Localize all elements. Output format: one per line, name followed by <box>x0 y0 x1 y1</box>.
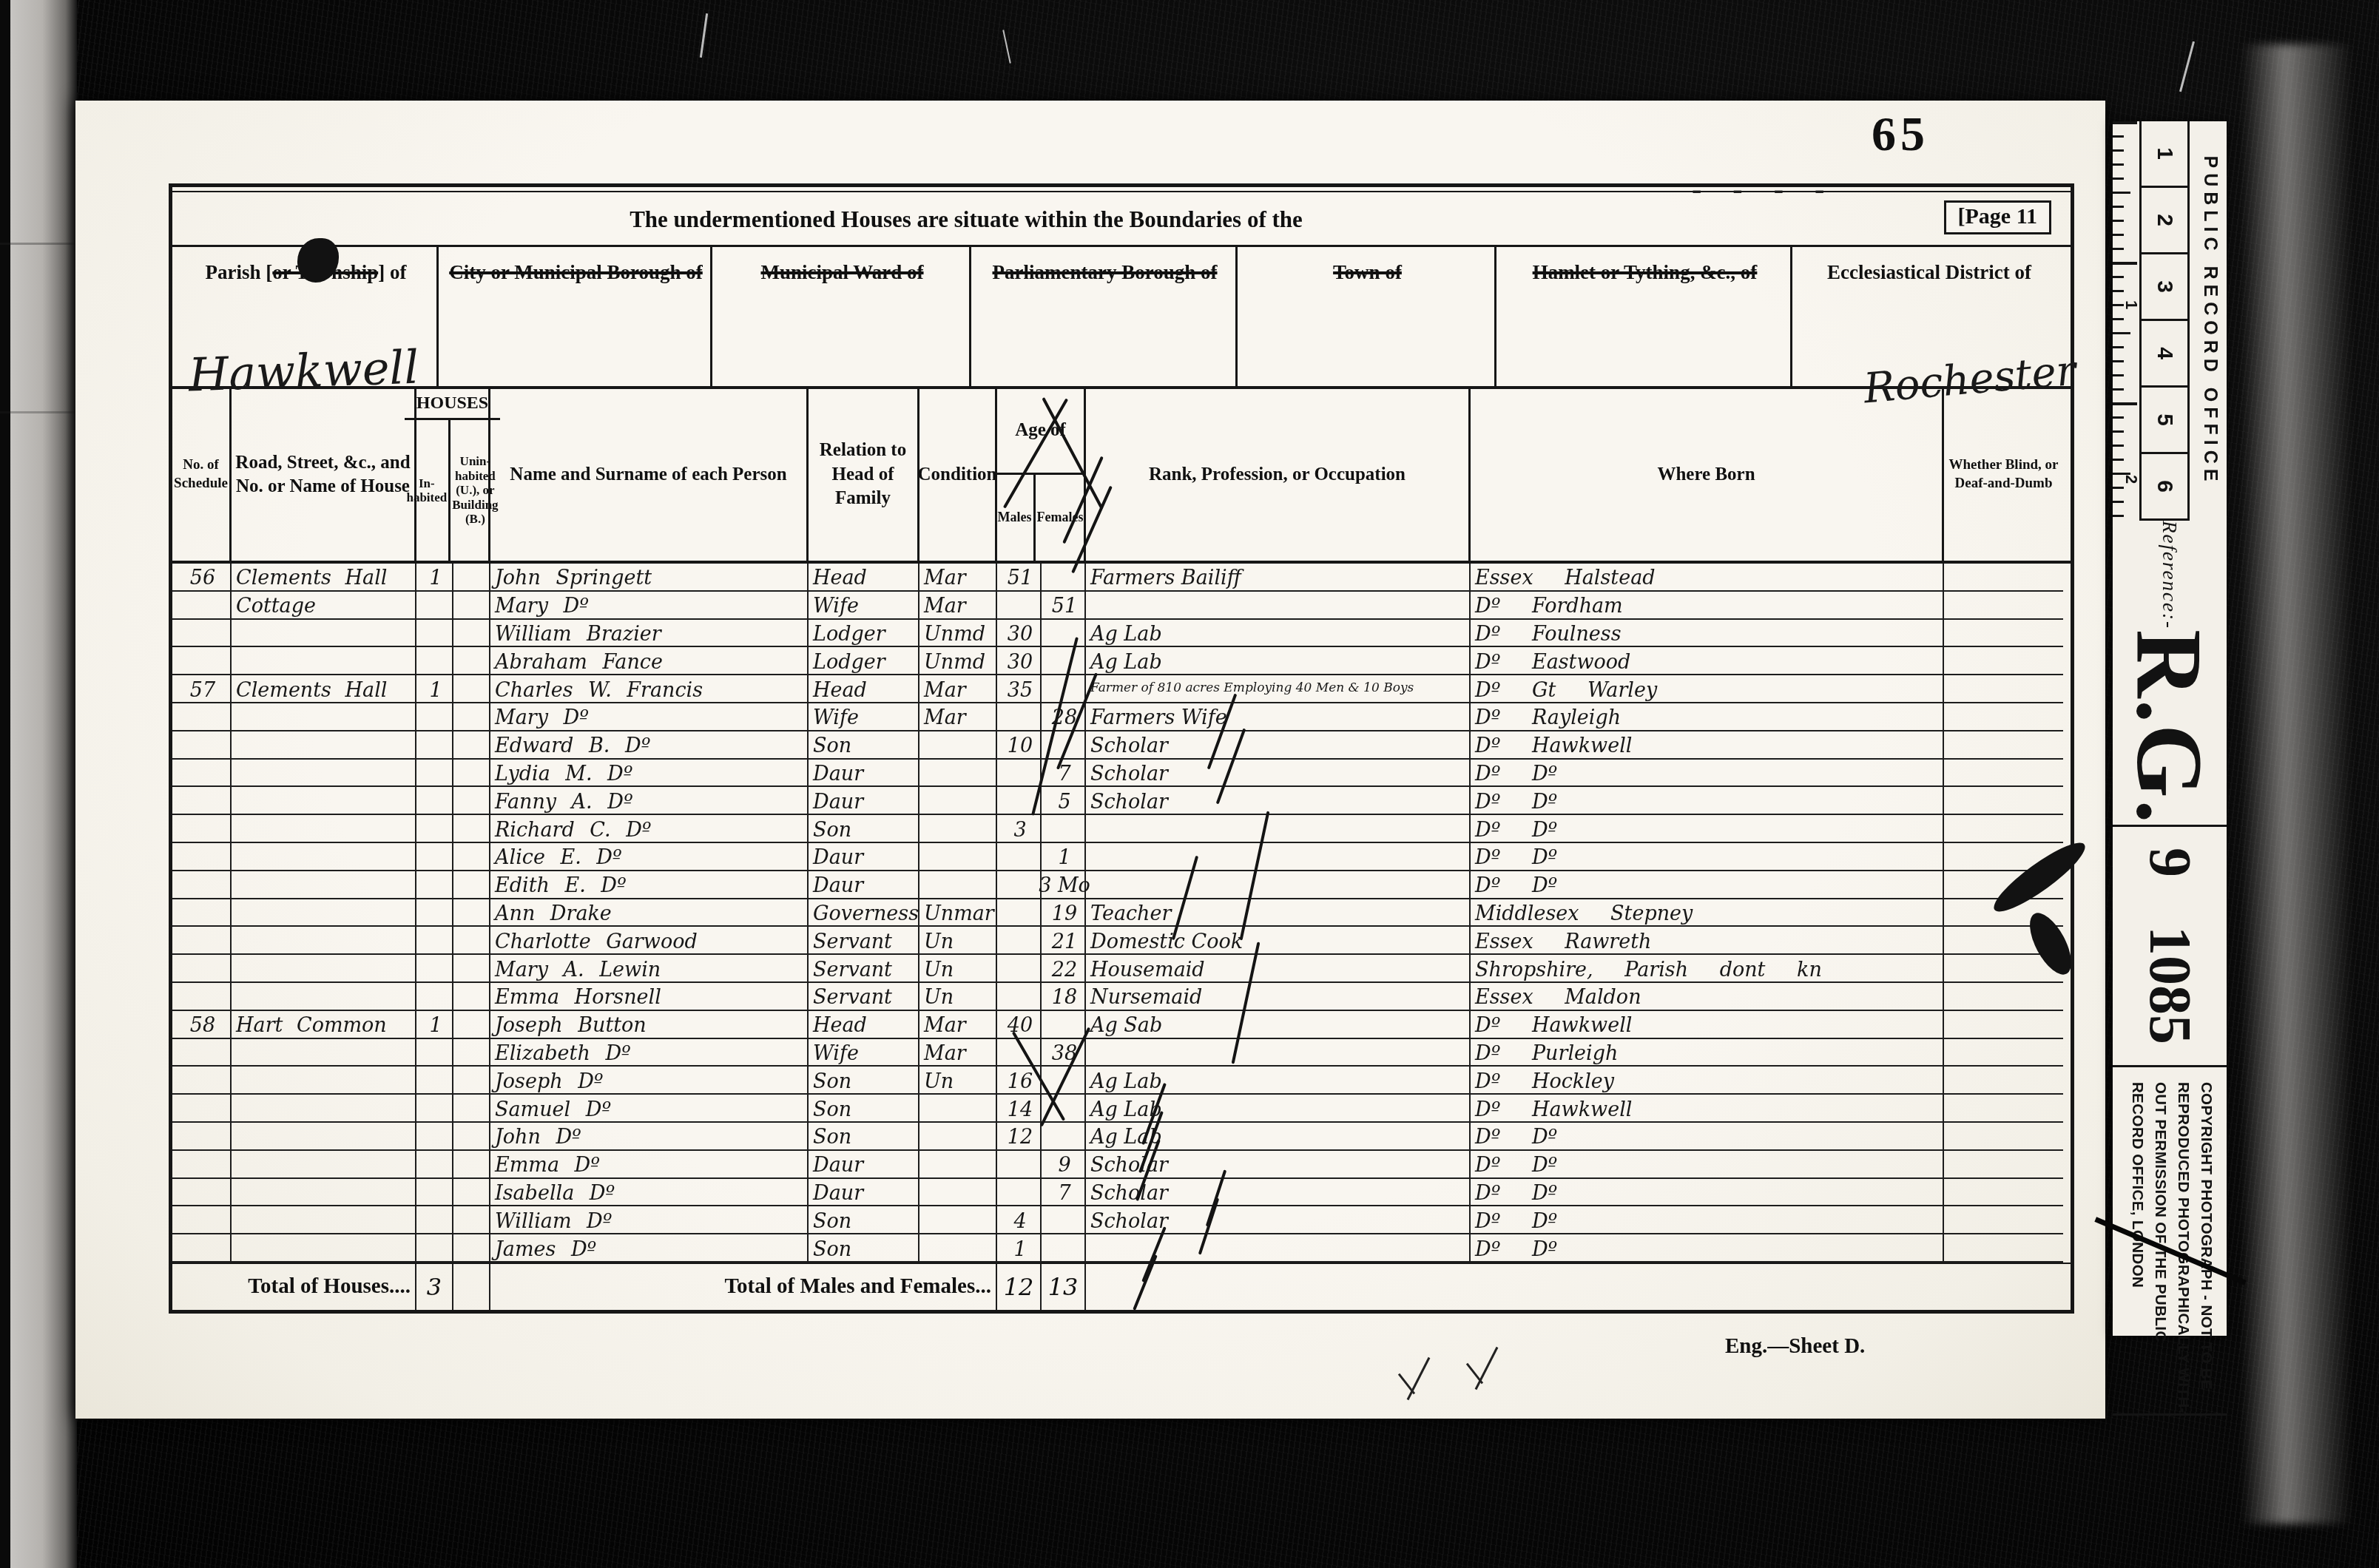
houses-inhabited: 1 <box>416 675 453 703</box>
age-female <box>1042 815 1086 843</box>
house-name <box>232 620 416 648</box>
copyright-line: COPYRIGHT PHOTOGRAPH - NOT TO BE <box>2195 1082 2218 1413</box>
person-name: Edith E. Dº <box>490 871 809 899</box>
census-entry-row: William Dº Son 4 Scholar Dº Dº <box>172 1206 2071 1234</box>
houses-inhabited: 1 <box>416 564 453 592</box>
person-name: Ann Drake <box>490 899 809 927</box>
house-name <box>232 815 416 843</box>
condition <box>919 731 997 760</box>
age-female: 7 <box>1042 760 1086 788</box>
schedule-number <box>172 843 232 871</box>
houses-uninhabited <box>453 955 490 983</box>
folio-number: 65 <box>1872 107 1929 163</box>
locality-field-label: City or Municipal Borough of <box>449 260 703 285</box>
copyright-notice: COPYRIGHT PHOTOGRAPH - NOT TO BEREPRODUC… <box>2113 1067 2227 1416</box>
condition <box>919 1123 997 1151</box>
houses-inhabited <box>416 927 453 955</box>
census-entry-row: Cottage Mary Dº Wife Mar 51 Dº Fordham <box>172 592 2071 620</box>
age-female: 51 <box>1042 592 1086 620</box>
occupation: Ag Lab <box>1086 647 1471 675</box>
houses-uninhabited <box>453 843 490 871</box>
houses-uninhabited <box>453 703 490 731</box>
relation-to-head: Lodger <box>809 647 919 675</box>
census-entry-row: Isabella Dº Daur 7 Scholar Dº Dº <box>172 1179 2071 1207</box>
houses-inhabited <box>416 955 453 983</box>
condition <box>919 1234 997 1263</box>
occupation <box>1086 843 1471 871</box>
census-entry-row: Mary A. Lewin Servant Un 22 Housemaid Sh… <box>172 955 2071 983</box>
where-born: Dº Dº <box>1471 843 1944 871</box>
schedule-number <box>172 620 232 648</box>
film-light-streak <box>2241 44 2352 1524</box>
ruler-number-boxes: 123456 <box>2139 121 2190 521</box>
whether-blind <box>1944 815 2063 843</box>
whether-blind <box>1944 1011 2063 1039</box>
age-female: 21 <box>1042 927 1086 955</box>
houses-inhabited <box>416 647 453 675</box>
census-form: The undermentioned Houses are situate wi… <box>169 183 2074 1314</box>
whether-blind <box>1944 1039 2063 1067</box>
house-name <box>232 1123 416 1151</box>
houses-uninhabited <box>453 1039 490 1067</box>
col-road: Road, Street, &c., and No. or Name of Ho… <box>232 389 416 561</box>
locality-field-label: Hamlet or Tything, &c., of <box>1507 260 1783 285</box>
house-name <box>232 983 416 1011</box>
schedule-number <box>172 899 232 927</box>
condition: Un <box>919 927 997 955</box>
occupation <box>1086 1039 1471 1067</box>
record-group-label: R.G. <box>2113 629 2227 825</box>
age-male: 10 <box>997 731 1042 760</box>
reference-label: Reference:- <box>2159 521 2181 629</box>
ruler-number: 1 <box>2142 121 2187 188</box>
relation-to-head: Son <box>809 1067 919 1095</box>
where-born: Dº Purleigh <box>1471 1039 1944 1067</box>
house-name <box>232 731 416 760</box>
person-name: Charles W. Francis <box>490 675 809 703</box>
col-houses-subrow: In-habited Unin-habited (U.), or Buildin… <box>405 418 499 561</box>
house-name <box>232 927 416 955</box>
person-name: Abraham Fance <box>490 647 809 675</box>
pro-ruler-section: PUBLIC RECORD OFFICE 123456 1 2 <box>2113 121 2227 521</box>
census-entry-row: Charlotte Garwood Servant Un 21 Domestic… <box>172 927 2071 955</box>
houses-uninhabited <box>453 927 490 955</box>
occupation <box>1086 592 1471 620</box>
where-born: Dº Dº <box>1471 871 1944 899</box>
col-occupation: Rank, Profession, or Occupation <box>1086 389 1471 561</box>
person-name: Samuel Dº <box>490 1095 809 1123</box>
house-name <box>232 955 416 983</box>
age-male: 51 <box>997 564 1042 592</box>
condition: Mar <box>919 675 997 703</box>
col-age: Age of Males Females <box>997 389 1086 561</box>
col-relation: Relation to Head of Family <box>809 389 919 561</box>
pro-strip-content: PUBLIC RECORD OFFICE 123456 1 2 Referenc… <box>2113 121 2227 1336</box>
census-page: 65 - - - - The undermentioned Houses are… <box>75 101 2105 1419</box>
person-name: Edward B. Dº <box>490 731 809 760</box>
condition: Mar <box>919 592 997 620</box>
piece-number: 9 1085 <box>2113 825 2227 1067</box>
person-name: Alice E. Dº <box>490 843 809 871</box>
houses-inhabited <box>416 843 453 871</box>
locality-field-label: Ecclesiastical District of <box>1803 260 2056 285</box>
relation-to-head: Governess <box>809 899 919 927</box>
age-male: 3 <box>997 815 1042 843</box>
whether-blind <box>1944 1067 2063 1095</box>
ruler-number: 5 <box>2142 388 2187 454</box>
houses-uninhabited <box>453 592 490 620</box>
schedule-number <box>172 1095 232 1123</box>
whether-blind <box>1944 731 2063 760</box>
houses-inhabited <box>416 1039 453 1067</box>
relation-to-head: Daur <box>809 843 919 871</box>
person-name: William Brazier <box>490 620 809 648</box>
locality-header-band: Parish [or Township] of Hawkwell City or… <box>172 247 2071 389</box>
houses-uninhabited <box>453 899 490 927</box>
houses-uninhabited <box>453 564 490 592</box>
age-male: 4 <box>997 1206 1042 1234</box>
houses-uninhabited <box>453 760 490 788</box>
where-born: Essex Halstead <box>1471 564 1944 592</box>
locality-field-value: Hawkwell <box>188 340 419 402</box>
occupation: Ag Lab <box>1086 1067 1471 1095</box>
house-name: Cottage <box>232 592 416 620</box>
houses-inhabited <box>416 871 453 899</box>
age-female: 18 <box>1042 983 1086 1011</box>
age-female <box>1042 1206 1086 1234</box>
census-entry-row: Lydia M. Dº Daur 7 Scholar Dº Dº <box>172 760 2071 788</box>
house-name <box>232 1039 416 1067</box>
condition: Mar <box>919 703 997 731</box>
occupation: Scholar <box>1086 787 1471 815</box>
whether-blind <box>1944 1151 2063 1179</box>
relation-to-head: Son <box>809 815 919 843</box>
where-born: Dº Rayleigh <box>1471 703 1944 731</box>
age-female <box>1042 564 1086 592</box>
where-born: Dº Dº <box>1471 1151 1944 1179</box>
col-condition: Condition <box>919 389 997 561</box>
age-female: 19 <box>1042 899 1086 927</box>
occupation: Farmer of 810 acres Employing 40 Men & 1… <box>1086 675 1471 703</box>
film-scratch <box>0 411 77 413</box>
occupation: Housemaid <box>1086 955 1471 983</box>
houses-inhabited <box>416 1206 453 1234</box>
houses-inhabited <box>416 703 453 731</box>
houses-uninhabited <box>453 675 490 703</box>
film-edge-band <box>0 0 77 1568</box>
schedule-number <box>172 787 232 815</box>
age-female: 3 Mo <box>1042 871 1086 899</box>
whether-blind <box>1944 983 2063 1011</box>
locality-field-label: Parliamentary Borough of <box>982 260 1228 285</box>
census-entry-row: 56 Clements Hall 1 John Springett Head M… <box>172 564 2071 592</box>
where-born: Dº Fordham <box>1471 592 1944 620</box>
person-name: Fanny A. Dº <box>490 787 809 815</box>
condition: Unmd <box>919 620 997 648</box>
relation-to-head: Wife <box>809 703 919 731</box>
schedule-number <box>172 1206 232 1234</box>
condition: Un <box>919 1067 997 1095</box>
census-entry-row: Richard C. Dº Son 3 Dº Dº <box>172 815 2071 843</box>
age-male <box>997 955 1042 983</box>
where-born: Dº Eastwood <box>1471 647 1944 675</box>
houses-uninhabited <box>453 787 490 815</box>
ruler-number: 4 <box>2142 321 2187 388</box>
where-born: Middlesex Stepney <box>1471 899 1944 927</box>
age-male <box>997 983 1042 1011</box>
copyright-line: REPRODUCED PHOTOGRAPHICALLY WITH- <box>2172 1082 2195 1413</box>
age-female: 7 <box>1042 1179 1086 1207</box>
relation-to-head: Son <box>809 731 919 760</box>
condition <box>919 1151 997 1179</box>
condition <box>919 1179 997 1207</box>
house-name <box>232 1095 416 1123</box>
person-name: John Springett <box>490 564 809 592</box>
relation-to-head: Daur <box>809 1151 919 1179</box>
condition <box>919 815 997 843</box>
relation-to-head: Son <box>809 1206 919 1234</box>
col-houses: HOUSES In-habited Unin-habited (U.), or … <box>416 389 490 561</box>
house-name: Clements Hall <box>232 675 416 703</box>
condition <box>919 787 997 815</box>
occupation: Scholar <box>1086 731 1471 760</box>
relation-to-head: Servant <box>809 927 919 955</box>
relation-to-head: Daur <box>809 760 919 788</box>
locality-field: City or Municipal Borough of <box>439 247 712 386</box>
relation-to-head: Son <box>809 1095 919 1123</box>
where-born: Dº Dº <box>1471 1123 1944 1151</box>
occupation: Ag Sab <box>1086 1011 1471 1039</box>
whether-blind <box>1944 592 2063 620</box>
age-male <box>997 1179 1042 1207</box>
houses-uninhabited <box>453 647 490 675</box>
whether-blind <box>1944 564 2063 592</box>
age-female <box>1042 1011 1086 1039</box>
age-male: 1 <box>997 1234 1042 1263</box>
age-male <box>997 843 1042 871</box>
census-entry-row: Edith E. Dº Daur 3 Mo Dº Dº <box>172 871 2071 899</box>
relation-to-head: Daur <box>809 787 919 815</box>
houses-uninhabited <box>453 1151 490 1179</box>
schedule-number <box>172 815 232 843</box>
sheet-label: Eng.—Sheet D. <box>1725 1334 1865 1359</box>
schedule-number: 58 <box>172 1011 232 1039</box>
occupation <box>1086 871 1471 899</box>
copyright-line: RECORD OFFICE, LONDON <box>2125 1082 2148 1413</box>
age-female: 22 <box>1042 955 1086 983</box>
census-entry-row: Emma Horsnell Servant Un 18 Nursemaid Es… <box>172 983 2071 1011</box>
whether-blind <box>1944 787 2063 815</box>
houses-inhabited <box>416 620 453 648</box>
census-entry-row: John Dº Son 12 Ag Lab Dº Dº <box>172 1123 2071 1151</box>
locality-field: Municipal Ward of <box>712 247 971 386</box>
house-name <box>232 647 416 675</box>
condition: Mar <box>919 1039 997 1067</box>
age-female <box>1042 1123 1086 1151</box>
condition <box>919 760 997 788</box>
whether-blind <box>1944 1234 2063 1263</box>
houses-inhabited <box>416 1067 453 1095</box>
person-name: Joseph Button <box>490 1011 809 1039</box>
age-male <box>997 703 1042 731</box>
whether-blind <box>1944 647 2063 675</box>
age-female <box>1042 620 1086 648</box>
schedule-number <box>172 592 232 620</box>
person-name: Emma Dº <box>490 1151 809 1179</box>
where-born: Dº Dº <box>1471 787 1944 815</box>
age-female <box>1042 1234 1086 1263</box>
locality-field: Town of <box>1238 247 1496 386</box>
houses-inhabited <box>416 899 453 927</box>
houses-inhabited <box>416 760 453 788</box>
col-name: Name and Surname of each Person <box>490 389 809 561</box>
age-male: 12 <box>997 1123 1042 1151</box>
relation-to-head: Head <box>809 1011 919 1039</box>
age-male: 40 <box>997 1011 1042 1039</box>
houses-uninhabited <box>453 731 490 760</box>
whether-blind <box>1944 760 2063 788</box>
occupation: Domestic Cook <box>1086 927 1471 955</box>
condition <box>919 871 997 899</box>
age-male: 14 <box>997 1095 1042 1123</box>
condition: Unmar <box>919 899 997 927</box>
occupation: Ag Lab <box>1086 620 1471 648</box>
schedule-number <box>172 1067 232 1095</box>
houses-uninhabited <box>453 1067 490 1095</box>
houses-inhabited <box>416 787 453 815</box>
whether-blind <box>1944 1206 2063 1234</box>
whether-blind <box>1944 1179 2063 1207</box>
locality-field: Ecclesiastical District of Rochester <box>1792 247 2063 386</box>
house-name <box>232 843 416 871</box>
census-entry-row: 57 Clements Hall 1 Charles W. Francis He… <box>172 675 2071 703</box>
house-name <box>232 899 416 927</box>
where-born: Dº Dº <box>1471 1234 1944 1263</box>
person-name: Emma Horsnell <box>490 983 809 1011</box>
census-entry-row: Mary Dº Wife Mar 28 Farmers Wife Dº Rayl… <box>172 703 2071 731</box>
houses-inhabited <box>416 1095 453 1123</box>
age-female <box>1042 647 1086 675</box>
census-entry-row: Ann Drake Governess Unmar 19 Teacher Mid… <box>172 899 2071 927</box>
locality-field: Parliamentary Borough of <box>971 247 1238 386</box>
census-entry-row: Joseph Dº Son Un 16 Ag Lab Dº Hockley <box>172 1067 2071 1095</box>
houses-uninhabited <box>453 983 490 1011</box>
where-born: Essex Maldon <box>1471 983 1944 1011</box>
houses-inhabited <box>416 1179 453 1207</box>
schedule-number: 56 <box>172 564 232 592</box>
age-male: 35 <box>997 675 1042 703</box>
age-female: 5 <box>1042 787 1086 815</box>
occupation: Ag Lab <box>1086 1095 1471 1123</box>
col-houses-label: HOUSES <box>416 389 488 415</box>
houses-inhabited <box>416 983 453 1011</box>
col-age-subrow: Males Females <box>996 473 1085 561</box>
houses-uninhabited <box>453 1234 490 1263</box>
census-entry-row: Alice E. Dº Daur 1 Dº Dº <box>172 843 2071 871</box>
relation-to-head: Servant <box>809 955 919 983</box>
where-born: Dº Gt Warley <box>1471 675 1944 703</box>
where-born: Dº Hawkwell <box>1471 731 1944 760</box>
person-name: Lydia M. Dº <box>490 760 809 788</box>
column-header-row: No. of Schedule Road, Street, &c., and N… <box>172 389 2071 564</box>
houses-inhabited <box>416 1151 453 1179</box>
houses-uninhabited <box>453 1179 490 1207</box>
relation-to-head: Son <box>809 1234 919 1263</box>
locality-field-label: Municipal Ward of <box>723 260 962 285</box>
locality-field: Hamlet or Tything, &c., of <box>1496 247 1792 386</box>
relation-to-head: Daur <box>809 1179 919 1207</box>
person-name: Mary Dº <box>490 592 809 620</box>
where-born: Dº Hockley <box>1471 1067 1944 1095</box>
schedule-number: 57 <box>172 675 232 703</box>
schedule-number <box>172 1234 232 1263</box>
person-name: William Dº <box>490 1206 809 1234</box>
houses-inhabited: 1 <box>416 1011 453 1039</box>
where-born: Dº Foulness <box>1471 620 1944 648</box>
totals-spacer <box>1086 1264 2067 1310</box>
house-name <box>232 1234 416 1263</box>
double-rule <box>172 191 2071 192</box>
age-female: 9 <box>1042 1151 1086 1179</box>
person-name: Joseph Dº <box>490 1067 809 1095</box>
total-males-value: 12 <box>997 1264 1042 1310</box>
relation-to-head: Head <box>809 564 919 592</box>
census-entry-row: 58 Hart Common 1 Joseph Button Head Mar … <box>172 1011 2071 1039</box>
relation-to-head: Lodger <box>809 620 919 648</box>
page-number-box: [Page 11 <box>1944 200 2051 234</box>
age-male <box>997 592 1042 620</box>
ruler-number: 3 <box>2142 254 2187 321</box>
age-male: 30 <box>997 620 1042 648</box>
locality-field-label: Town of <box>1248 260 1487 285</box>
where-born: Dº Dº <box>1471 1206 1944 1234</box>
census-entry-row: Emma Dº Daur 9 Scholar Dº Dº <box>172 1151 2071 1179</box>
house-name <box>232 760 416 788</box>
schedule-number <box>172 871 232 899</box>
houses-uninhabited <box>453 1011 490 1039</box>
whether-blind <box>1944 620 2063 648</box>
house-name <box>232 1151 416 1179</box>
house-name: Hart Common <box>232 1011 416 1039</box>
houses-inhabited <box>416 815 453 843</box>
where-born: Dº Hawkwell <box>1471 1095 1944 1123</box>
col-females: Females <box>1036 475 1085 561</box>
col-born: Where Born <box>1471 389 1944 561</box>
houses-uninhabited <box>453 815 490 843</box>
total-houses-label: Total of Houses.... <box>172 1264 416 1310</box>
col-blind: Whether Blind, or Deaf-and-Dumb <box>1944 389 2063 561</box>
house-name <box>232 1067 416 1095</box>
schedule-number <box>172 1039 232 1067</box>
total-houses-value: 3 <box>416 1264 453 1310</box>
person-name: Mary A. Lewin <box>490 955 809 983</box>
totals-spacer <box>453 1264 490 1310</box>
occupation <box>1086 815 1471 843</box>
relation-to-head: Head <box>809 675 919 703</box>
totals-row: Total of Houses.... 3 Total of Males and… <box>172 1263 2071 1310</box>
condition: Unmd <box>919 647 997 675</box>
census-entry-row: William Brazier Lodger Unmd 30 Ag Lab Dº… <box>172 620 2071 648</box>
age-male: 30 <box>997 647 1042 675</box>
census-entry-row: Samuel Dº Son 14 Ag Lab Dº Hawkwell <box>172 1095 2071 1123</box>
schedule-number <box>172 1179 232 1207</box>
age-male <box>997 927 1042 955</box>
public-record-office-strip: PUBLIC RECORD OFFICE 123456 1 2 Referenc… <box>2113 121 2227 1336</box>
census-entry-row: James Dº Son 1 Dº Dº <box>172 1234 2071 1263</box>
condition: Un <box>919 955 997 983</box>
house-name <box>232 1206 416 1234</box>
houses-uninhabited <box>453 871 490 899</box>
